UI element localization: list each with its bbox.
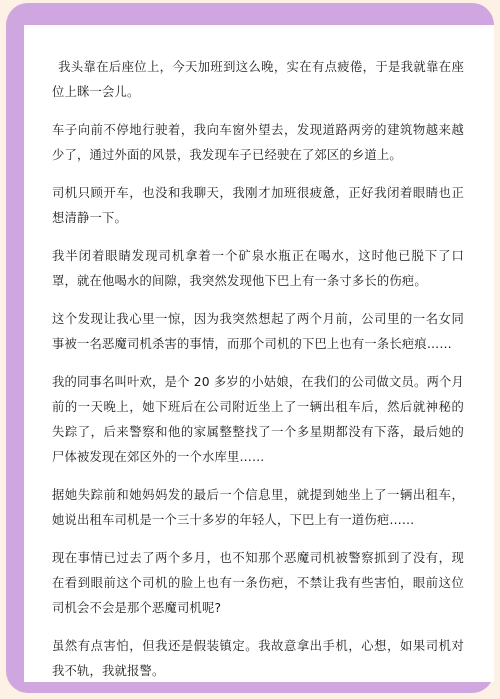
article-body: 我头靠在后座位上，今天加班到这么晚，实在有点疲倦，于是我就靠在座位上眯一会儿。 …	[52, 55, 464, 697]
paragraph-4: 我半闭着眼睛发现司机拿着一个矿泉水瓶正在喝水，这时他已脱下了口罩，就在他喝水的间…	[52, 244, 464, 294]
paragraph-3: 司机只顾开车，也没和我聊天，我刚才加班很疲惫，正好我闭着眼睛也正想清静一下。	[52, 181, 464, 231]
document-page: 我头靠在后座位上，今天加班到这么晚，实在有点疲倦，于是我就靠在座位上眯一会儿。 …	[24, 25, 494, 682]
paragraph-8: 现在事情已过去了两个多月，也不知那个恶魔司机被警察抓到了没有，现在看到眼前这个司…	[52, 546, 464, 621]
paragraph-1: 我头靠在后座位上，今天加班到这么晚，实在有点疲倦，于是我就靠在座位上眯一会儿。	[52, 55, 464, 105]
paragraph-7: 据她失踪前和她妈妈发的最后一个信息里，就提到她坐上了一辆出租车，她说出租车司机是…	[52, 483, 464, 533]
paragraph-2: 车子向前不停地行驶着，我向车窗外望去，发现道路两旁的建筑物越来越少了，通过外面的…	[52, 118, 464, 168]
paragraph-6: 我的同事名叫叶欢，是个 20 多岁的小姑娘，在我们的公司做文员。两个月前的一天晚…	[52, 370, 464, 470]
decorative-frame: 我头靠在后座位上，今天加班到这么晚，实在有点疲倦，于是我就靠在座位上眯一会儿。 …	[6, 3, 494, 693]
paragraph-9: 虽然有点害怕，但我还是假装镇定。我故意拿出手机，心想，如果司机对我不轨，我就报警…	[52, 634, 464, 684]
paragraph-5: 这个发现让我心里一惊，因为我突然想起了两个月前，公司里的一名女同事被一名恶魔司机…	[52, 307, 464, 357]
